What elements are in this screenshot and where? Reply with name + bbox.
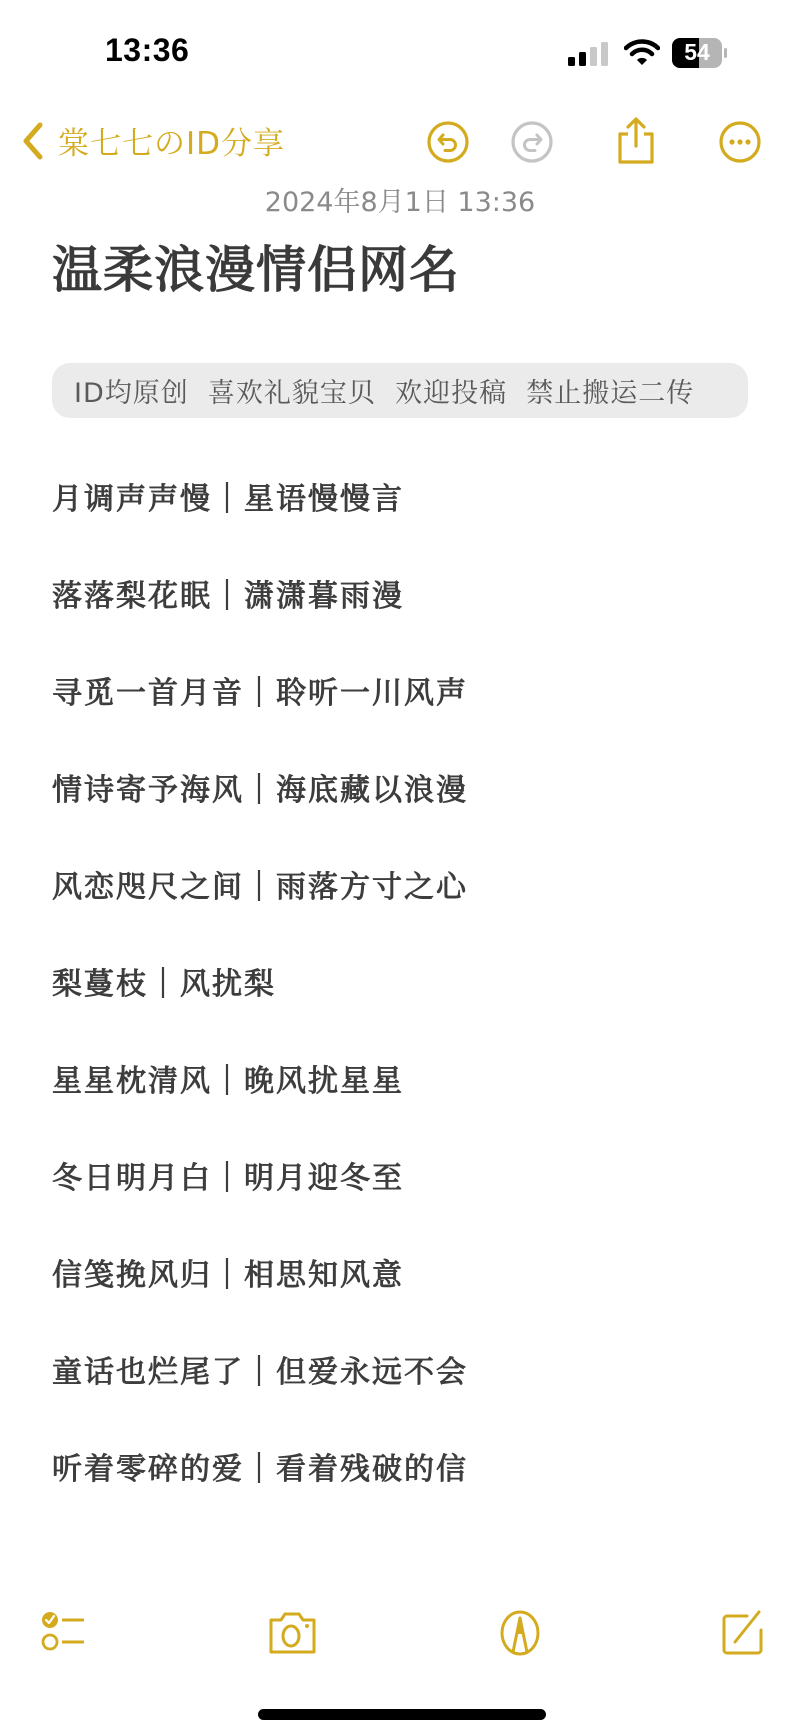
- list-item: 信笺挽风归｜相思知风意: [52, 1254, 468, 1351]
- note-banner[interactable]: ID均原创 喜欢礼貌宝贝 欢迎投稿 禁止搬运二传: [52, 363, 748, 418]
- list-item: 冬日明月白｜明月迎冬至: [52, 1157, 468, 1254]
- compose-icon[interactable]: [717, 1606, 771, 1660]
- share-icon[interactable]: [614, 116, 658, 166]
- list-item: 月调声声慢｜星语慢慢言: [52, 478, 468, 575]
- list-item: 听着零碎的爱｜看着残破的信: [52, 1448, 468, 1545]
- list-item: 情诗寄予海风｜海底藏以浪漫: [52, 769, 468, 866]
- status-time: 13:36: [105, 32, 189, 69]
- list-item: 星星枕清风｜晚风扰星星: [52, 1060, 468, 1157]
- list-item: 寻觅一首月音｜聆听一川风声: [52, 672, 468, 769]
- redo-icon[interactable]: [510, 120, 554, 164]
- checklist-icon[interactable]: [38, 1606, 92, 1660]
- name-list[interactable]: 月调声声慢｜星语慢慢言 落落梨花眠｜潇潇暮雨漫 寻觅一首月音｜聆听一川风声 情诗…: [52, 478, 468, 1545]
- home-indicator[interactable]: [258, 1709, 546, 1720]
- cellular-signal-icon: [568, 42, 610, 66]
- battery-percent: 54: [672, 39, 722, 66]
- back-label: 棠七七のID分享: [58, 118, 285, 163]
- list-item: 落落梨花眠｜潇潇暮雨漫: [52, 575, 468, 672]
- note-date: 2024年8月1日 13:36: [0, 180, 800, 219]
- banner-text: ID均原创 喜欢礼貌宝贝 欢迎投稿 禁止搬运二传: [74, 371, 694, 410]
- markup-icon[interactable]: [493, 1606, 547, 1660]
- undo-icon[interactable]: [426, 120, 470, 164]
- more-icon[interactable]: [718, 120, 762, 164]
- camera-icon[interactable]: [266, 1606, 320, 1660]
- back-button[interactable]: 棠七七のID分享: [22, 118, 285, 163]
- list-item: 梨蔓枝｜风扰梨: [52, 963, 468, 1060]
- chevron-left-icon: [22, 122, 44, 160]
- note-title[interactable]: 温柔浪漫情侣网名: [52, 230, 460, 302]
- list-item: 风恋咫尺之间｜雨落方寸之心: [52, 866, 468, 963]
- battery-icon: 54: [672, 38, 728, 68]
- wifi-icon: [624, 38, 660, 66]
- list-item: 童话也烂尾了｜但爱永远不会: [52, 1351, 468, 1448]
